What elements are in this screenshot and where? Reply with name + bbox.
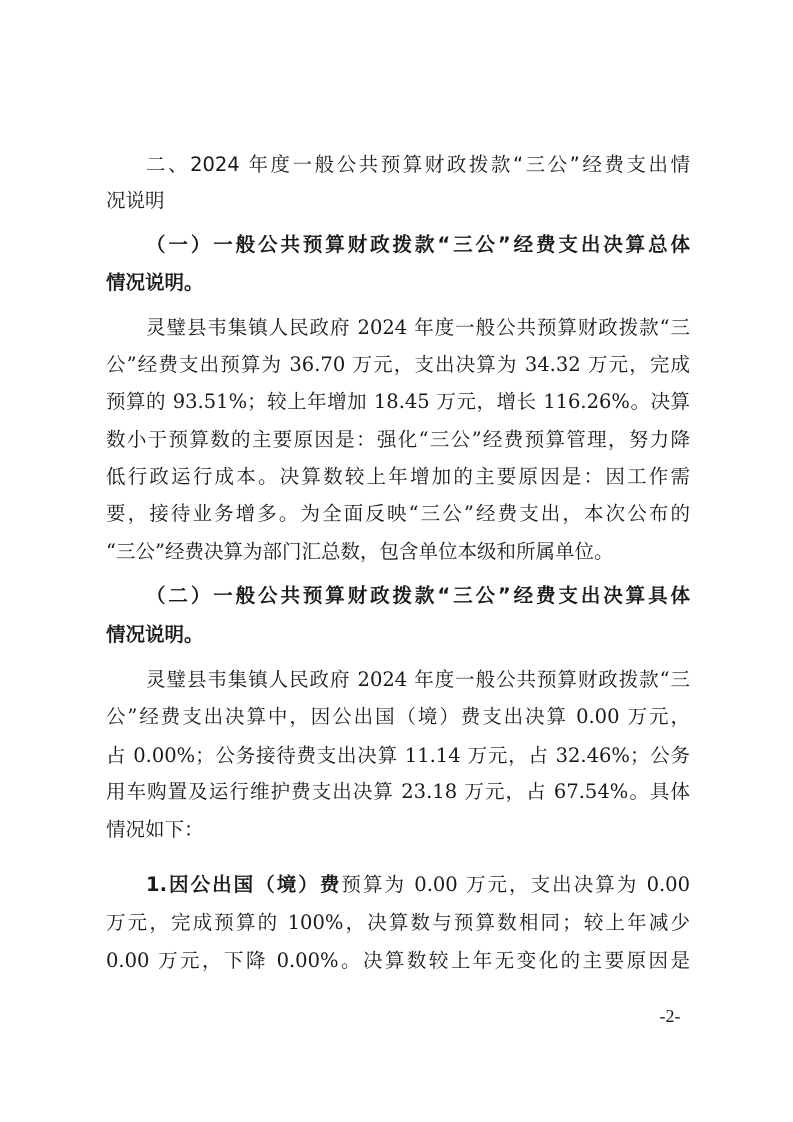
subsection-1-paragraph-line: 低行政运行成本。决算数较上年增加的主要原因是：因工作需 (106, 462, 690, 492)
item-1-label: 1.因公出国（境）费 (146, 873, 341, 896)
subsection-2-paragraph-line: 用车购置及运行维护费支出决算 23.18 万元，占 67.54%。具体 (106, 777, 690, 807)
subsection-1-paragraph-line: 数小于预算数的主要原因是：强化“三公”经费预算管理，努力降 (106, 425, 690, 455)
subsection-1-heading-line-1: （一）一般公共预算财政拨款“三公”经费支出决算总体 (146, 230, 690, 260)
item-1-text: 预算为 0.00 万元，支出决算为 0.00 (341, 873, 690, 896)
page-number: -2- (640, 1004, 700, 1028)
subsection-2-paragraph-line: 情况如下： (106, 815, 690, 845)
item-1-line-1: 1.因公出国（境）费预算为 0.00 万元，支出决算为 0.00 (146, 870, 690, 900)
subsection-1-paragraph-line: “三公”经费决算为部门汇总数，包含单位本级和所属单位。 (106, 537, 690, 567)
subsection-2-paragraph-line: 公”经费支出决算中，因公出国（境）费支出决算 0.00 万元， (106, 702, 690, 732)
subsection-1-paragraph-line: 要，接待业务增多。为全面反映“三公”经费支出，本次公布的 (106, 499, 690, 529)
subsection-1-paragraph-line: 预算的 93.51%；较上年增加 18.45 万元，增长 116.26%。决算 (106, 387, 690, 417)
section-title-line-1: 二、2024 年度一般公共预算财政拨款“三公”经费支出情 (146, 150, 690, 180)
subsection-1-paragraph-line: 灵璧县韦集镇人民政府 2024 年度一般公共预算财政拨款“三 (146, 313, 690, 343)
section-title-line-2: 况说明 (106, 186, 690, 216)
item-1-line: 0.00 万元，下降 0.00%。决算数较上年无变化的主要原因是 (106, 946, 690, 976)
subsection-2-paragraph-line: 占 0.00%；公务接待费支出决算 11.14 万元，占 32.46%；公务 (106, 741, 690, 771)
subsection-2-paragraph-line: 灵璧县韦集镇人民政府 2024 年度一般公共预算财政拨款“三 (146, 665, 690, 695)
subsection-1-paragraph-line: 公”经费支出预算为 36.70 万元，支出决算为 34.32 万元，完成 (106, 350, 690, 380)
subsection-2-heading-line-2: 情况说明。 (106, 620, 690, 650)
subsection-1-heading-line-2: 情况说明。 (106, 268, 690, 298)
item-1-line: 万元，完成预算的 100%，决算数与预算数相同；较上年减少 (106, 908, 690, 938)
document-page: 二、2024 年度一般公共预算财政拨款“三公”经费支出情 况说明 （一）一般公共… (0, 0, 793, 1122)
subsection-2-heading-line-1: （二）一般公共预算财政拨款“三公”经费支出决算具体 (146, 581, 690, 611)
